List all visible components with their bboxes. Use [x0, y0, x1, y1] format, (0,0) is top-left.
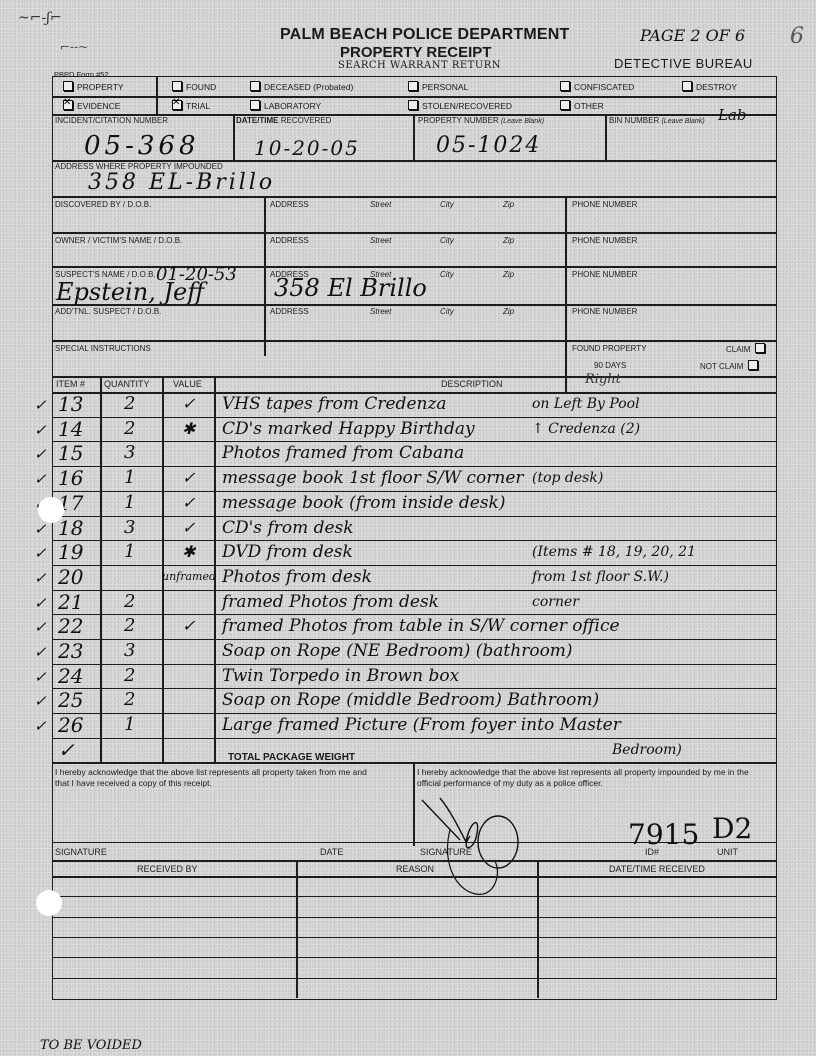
item-number: ✓ [58, 738, 75, 762]
checkbox-personal[interactable]: PERSONAL [408, 81, 468, 92]
item-value: ✱ [182, 540, 195, 564]
margin-check-icon: ✓ [34, 470, 47, 488]
scribble-marks: ⌐--~ [60, 40, 88, 54]
found-property-label: FOUND PROPERTY [572, 344, 647, 353]
item-quantity: 2 [124, 417, 135, 441]
table-row: 132✓VHS tapes from Credenzaon Left By Po… [52, 392, 775, 416]
checkbox-trial[interactable]: TRIAL [172, 100, 210, 111]
item-number: 23 [58, 639, 83, 663]
table-row: 171✓message book (from inside desk) [52, 491, 775, 515]
item-number: 26 [58, 713, 83, 737]
margin-check-icon: ✓ [34, 544, 47, 562]
item-number: 22 [58, 614, 83, 638]
table-row: 20unframedPhotos from deskfrom 1st floor… [52, 565, 775, 589]
item-number: 19 [58, 540, 83, 564]
margin-check-icon: ✓ [34, 717, 47, 735]
discovered-zip-label: Zip [503, 200, 514, 209]
owner-label: OWNER / VICTIM'S NAME / D.O.B. [55, 236, 182, 245]
suspect-city-label: City [440, 270, 454, 279]
discovered-by-label: DISCOVERED BY / D.O.B. [55, 200, 151, 209]
table-row: 222✓framed Photos from table in S/W corn… [52, 614, 775, 638]
owner-signature-label: SIGNATURE [55, 847, 107, 857]
item-quantity: 2 [124, 590, 135, 614]
checkbox-found[interactable]: FOUND [172, 81, 216, 92]
officer-acknowledgement: I hereby acknowledge that the above list… [417, 767, 767, 789]
item-number: 24 [58, 664, 83, 688]
item-description: Twin Torpedo in Brown box [222, 664, 459, 688]
margin-check-icon: ✓ [34, 643, 47, 661]
item-number: 18 [58, 516, 83, 540]
discovered-street-label: Street [370, 200, 391, 209]
item-quantity: 2 [124, 664, 135, 688]
item-note: Bedroom) [612, 738, 682, 762]
item-quantity: 2 [124, 614, 135, 638]
table-row: ✓Bedroom) [52, 738, 775, 762]
table-row: 252Soap on Rope (middle Bedroom) Bathroo… [52, 688, 775, 712]
table-row: 153Photos framed from Cabana [52, 441, 775, 465]
table-row: 261Large framed Picture (From foyer into… [52, 713, 775, 737]
item-note: (top desk) [532, 466, 603, 490]
owner-address-label: ADDRESS [270, 236, 309, 245]
owner-zip-label: Zip [503, 236, 514, 245]
suspect-phone-label: PHONE NUMBER [572, 270, 637, 279]
item-description: CD's marked Happy Birthday [222, 417, 475, 441]
property-number-label: PROPERTY NUMBER (Leave Blank) [418, 116, 544, 125]
owner-acknowledgement: I hereby acknowledge that the above list… [55, 767, 380, 789]
margin-check-icon: ✓ [34, 668, 47, 686]
margin-check-icon: ✓ [34, 594, 47, 612]
suspect-address-value[interactable]: 358 El Brillo [274, 274, 427, 302]
suspect-name-value[interactable]: Epstein, Jeff [56, 278, 204, 306]
item-description: Photos framed from Cabana [222, 441, 464, 465]
item-number: 21 [58, 590, 83, 614]
discovered-address-label: ADDRESS [270, 200, 309, 209]
margin-check-icon: ✓ [34, 618, 47, 636]
addl-street-label: Street [370, 307, 391, 316]
table-row: 242Twin Torpedo in Brown box [52, 664, 775, 688]
officer-id-value[interactable]: 7915 [628, 818, 699, 851]
checkbox-deceased[interactable]: DECEASED (Probated) [250, 81, 353, 92]
punch-hole [36, 890, 62, 916]
margin-check-icon: ✓ [34, 569, 47, 587]
checkbox-property[interactable]: PROPERTY [63, 81, 124, 92]
margin-check-icon: ✓ [34, 421, 47, 439]
punch-hole [38, 497, 64, 523]
suspect-zip-label: Zip [503, 270, 514, 279]
item-number: 13 [58, 392, 83, 416]
discovered-phone-label: PHONE NUMBER [572, 200, 637, 209]
addl-phone-label: PHONE NUMBER [572, 307, 637, 316]
officer-unit-label: UNIT [717, 847, 738, 857]
item-number: 14 [58, 417, 83, 441]
item-quantity: 1 [124, 713, 135, 737]
item-value: unframed [162, 565, 216, 589]
item-value: ✓ [182, 392, 195, 416]
item-number: 25 [58, 688, 83, 712]
item-quantity: 2 [124, 392, 135, 416]
item-description: framed Photos from table in S/W corner o… [222, 614, 620, 638]
item-value: ✓ [182, 491, 195, 515]
checkbox-evidence[interactable]: EVIDENCE [63, 100, 120, 111]
margin-check-icon: ✓ [34, 692, 47, 710]
item-description: CD's from desk [222, 516, 354, 540]
checkbox-confiscated[interactable]: CONFISCATED [560, 81, 634, 92]
checkbox-destroy[interactable]: DESTROY [682, 81, 737, 92]
special-instructions-label: SPECIAL INSTRUCTIONS [55, 344, 151, 353]
item-number: 15 [58, 441, 83, 465]
item-quantity: 3 [124, 441, 135, 465]
chain-header-reason: REASON [396, 864, 434, 874]
not-claim-checkbox[interactable]: NOT CLAIM [700, 360, 758, 371]
owner-phone-label: PHONE NUMBER [572, 236, 637, 245]
item-quantity: 3 [124, 639, 135, 663]
item-description: framed Photos from desk [222, 590, 439, 614]
item-note: (Items # 18, 19, 20, 21 [532, 540, 696, 564]
date-recovered-label: DATE/TIME RECOVERED [236, 116, 331, 125]
page-note-extra: 6 [790, 24, 804, 49]
addl-suspect-label: ADD'TNL. SUSPECT / D.O.B. [55, 307, 161, 316]
date-recovered-value[interactable]: 10-20-05 [254, 136, 360, 160]
header-note: Right [585, 372, 621, 387]
bureau-label: DETECTIVE BUREAU [614, 56, 753, 71]
table-row: 191✱DVD from desk(Items # 18, 19, 20, 21 [52, 540, 775, 564]
item-description: Soap on Rope (NE Bedroom) (bathroom) [222, 639, 573, 663]
chain-header-datetime: DATE/TIME RECEIVED [609, 864, 705, 874]
form-title: PROPERTY RECEIPT [340, 44, 491, 61]
item-description: Large framed Picture (From foyer into Ma… [222, 713, 621, 737]
margin-check-icon: ✓ [34, 445, 47, 463]
item-number: 16 [58, 466, 83, 490]
margin-check-icon: ✓ [34, 396, 47, 414]
officer-signature [420, 790, 540, 900]
discovered-city-label: City [440, 200, 454, 209]
owner-street-label: Street [370, 236, 391, 245]
col-header-description: DESCRIPTION [441, 379, 503, 389]
item-quantity: 2 [124, 688, 135, 712]
addl-city-label: City [440, 307, 454, 316]
property-number-value[interactable]: 05-1024 [436, 133, 541, 158]
item-quantity: 3 [124, 516, 135, 540]
item-quantity: 1 [124, 491, 135, 515]
table-row: 183✓CD's from desk [52, 516, 775, 540]
item-value: ✱ [182, 417, 195, 441]
item-value: ✓ [182, 466, 195, 490]
margin-check-icon: ✓ [34, 520, 47, 538]
item-description: message book 1st floor S/W corner [222, 466, 524, 490]
checkbox-other[interactable]: OTHER [560, 100, 604, 111]
checkbox-laboratory[interactable]: LABORATORY [250, 100, 321, 111]
table-row: 233Soap on Rope (NE Bedroom) (bathroom) [52, 639, 775, 663]
other-note: Lab [718, 106, 747, 124]
chain-header-received-by: RECEIVED BY [137, 864, 198, 874]
footer-note: TO BE VOIDED [40, 1038, 142, 1053]
checkbox-stolen-recovered[interactable]: STOLEN/RECOVERED [408, 100, 512, 111]
col-header-value: VALUE [173, 379, 202, 389]
table-row: 212framed Photos from deskcorner [52, 590, 775, 614]
item-number: 20 [58, 565, 83, 589]
scribble-marks: ~⌐-ʃ⌐ [18, 10, 62, 26]
item-value: ✓ [182, 516, 195, 540]
item-quantity: 1 [124, 540, 135, 564]
item-description: DVD from desk [222, 540, 353, 564]
item-description: VHS tapes from Credenza [222, 392, 447, 416]
page-note: PAGE 2 OF 6 [640, 26, 745, 45]
addl-zip-label: Zip [503, 307, 514, 316]
item-note: corner [532, 590, 579, 614]
table-row: 142✱CD's marked Happy Birthday↑ Credenza… [52, 417, 775, 441]
found-days-label: 90 DAYS [594, 361, 626, 370]
table-row: 161✓message book 1st floor S/W corner(to… [52, 466, 775, 490]
item-value: ✓ [182, 614, 195, 638]
incident-number-value[interactable]: 05-368 [84, 131, 200, 161]
item-description: Photos from desk [222, 565, 372, 589]
owner-date-label: DATE [320, 847, 343, 857]
col-header-item: ITEM # [56, 379, 85, 389]
form-subtitle: SEARCH WARRANT RETURN [338, 60, 501, 71]
item-note: from 1st floor S.W.) [532, 565, 669, 589]
incident-number-label: INCIDENT/CITATION NUMBER [55, 116, 168, 125]
item-description: Soap on Rope (middle Bedroom) Bathroom) [222, 688, 599, 712]
item-description: message book (from inside desk) [222, 491, 505, 515]
item-note: ↑ Credenza (2) [532, 417, 640, 441]
item-note: on Left By Pool [532, 392, 640, 416]
addl-address-label: ADDRESS [270, 307, 309, 316]
department-title: PALM BEACH POLICE DEPARTMENT [280, 26, 569, 44]
address-impounded-value[interactable]: 358 EL-Brillo [88, 170, 275, 195]
officer-unit-value[interactable]: D2 [712, 812, 752, 845]
item-quantity: 1 [124, 466, 135, 490]
bin-number-label: BIN NUMBER (Leave Blank) [609, 116, 705, 125]
claim-checkbox[interactable]: CLAIM [726, 343, 765, 354]
col-header-quantity: QUANTITY [104, 379, 150, 389]
owner-city-label: City [440, 236, 454, 245]
